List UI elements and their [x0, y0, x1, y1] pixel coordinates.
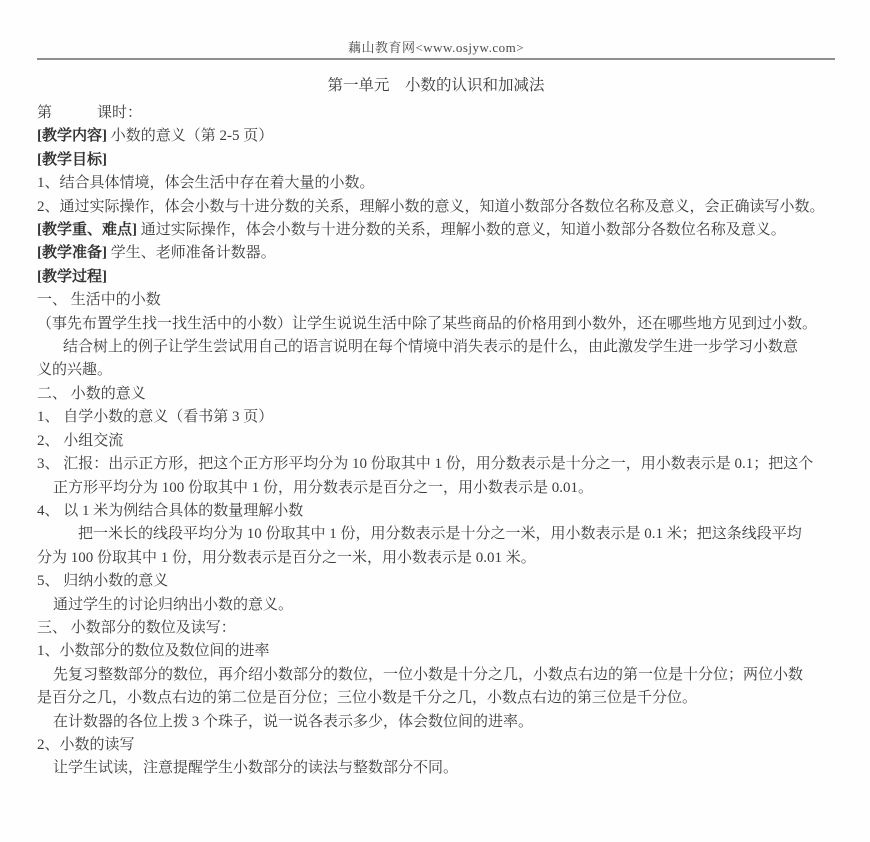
- line-tag: [教学重、难点]: [37, 222, 137, 238]
- header-divider: [37, 58, 835, 60]
- line-text: 学生、老师准备计数器。: [107, 245, 276, 261]
- line-tag: [教学准备]: [37, 245, 107, 261]
- doc-line: 分为 100 份取其中 1 份，用分数表示是百分之一米，用小数表示是 0.01 …: [37, 547, 835, 570]
- line-text: 是百分之几，小数点右边的第二位是百分位；三位小数是千分之几，小数点右边的第三位是…: [37, 690, 697, 706]
- line-text: 4、 以 1 米为例结合具体的数量理解小数: [37, 503, 303, 519]
- doc-line: 义的兴趣。: [37, 359, 835, 382]
- doc-line: 结合树上的例子让学生尝试用自己的语言说明在每个情境中消失表示的是什么，由此激发学…: [37, 336, 835, 359]
- line-text: 通过实际操作，体会小数与十进分数的关系，理解小数的意义，知道小数部分各数位名称及…: [137, 222, 786, 238]
- doc-line: （事先布置学生找一找生活中的小数）让学生说说生活中除了某些商品的价格用到小数外，…: [37, 313, 835, 336]
- line-text: 先复习整数部分的数位，再介绍小数部分的数位，一位小数是十分之几，小数点右边的第一…: [53, 667, 803, 683]
- doc-line-section-3: 三、 小数部分的数位及读写：: [37, 617, 835, 640]
- line-text: 5、 归纳小数的意义: [37, 573, 168, 589]
- doc-line: 3、 汇报：出示正方形，把这个正方形平均分为 10 份取其中 1 份，用分数表示…: [37, 453, 835, 476]
- doc-line-preparation: [教学准备] 学生、老师准备计数器。: [37, 242, 835, 265]
- page-title: 第一单元 小数的认识和加减法: [37, 74, 835, 97]
- doc-line: 4、 以 1 米为例结合具体的数量理解小数: [37, 500, 835, 523]
- doc-line-lesson-number: 第 课时：: [37, 102, 835, 125]
- line-text: 一、 生活中的小数: [37, 292, 161, 308]
- line-tag: [教学目标]: [37, 152, 107, 168]
- line-tag: [教学内容]: [37, 128, 107, 144]
- line-text: 二、 小数的意义: [37, 386, 146, 402]
- doc-line: 2、小数的读写: [37, 734, 835, 757]
- doc-line: 1、小数部分的数位及数位间的进率: [37, 640, 835, 663]
- doc-line-teaching-content: [教学内容] 小数的意义（第 2-5 页）: [37, 125, 835, 148]
- line-text: 2、小数的读写: [37, 737, 135, 753]
- line-text: 2、通过实际操作，体会小数与十进分数的关系，理解小数的意义，知道小数部分各数位名…: [37, 199, 825, 215]
- document-body: 第 课时： [教学内容] 小数的意义（第 2-5 页） [教学目标] 1、结合具…: [37, 102, 835, 781]
- doc-line-section-1: 一、 生活中的小数: [37, 289, 835, 312]
- line-text: 义的兴趣。: [37, 362, 112, 378]
- doc-line: 1、 自学小数的意义（看书第 3 页）: [37, 406, 835, 429]
- line-text: （事先布置学生找一找生活中的小数）让学生说说生活中除了某些商品的价格用到小数外，…: [37, 316, 817, 332]
- doc-line-teaching-goals-heading: [教学目标]: [37, 149, 835, 172]
- doc-line-section-2: 二、 小数的意义: [37, 383, 835, 406]
- line-text: 2、 小组交流: [37, 433, 123, 449]
- doc-line: 让学生试读，注意提醒学生小数部分的读法与整数部分不同。: [37, 757, 835, 780]
- doc-line: 是百分之几，小数点右边的第二位是百分位；三位小数是千分之几，小数点右边的第三位是…: [37, 687, 835, 710]
- doc-line-process-heading: [教学过程]: [37, 266, 835, 289]
- line-text: 三、 小数部分的数位及读写：: [37, 620, 236, 636]
- line-text: 正方形平均分为 100 份取其中 1 份，用分数表示是百分之一，用小数表示是 0…: [53, 480, 593, 496]
- line-text: 小数的意义（第 2-5 页）: [107, 128, 273, 144]
- doc-line: 5、 归纳小数的意义: [37, 570, 835, 593]
- line-text: 把一米长的线段平均分为 10 份取其中 1 份，用分数表示是十分之一米，用小数表…: [78, 526, 802, 542]
- doc-line: 正方形平均分为 100 份取其中 1 份，用分数表示是百分之一，用小数表示是 0…: [37, 477, 835, 500]
- site-header-text: 藕山教育网<www.osjyw.com>: [37, 40, 835, 56]
- line-text: 1、结合具体情境，体会生活中存在着大量的小数。: [37, 175, 375, 191]
- line-tag: [教学过程]: [37, 269, 107, 285]
- doc-line: 2、 小组交流: [37, 430, 835, 453]
- doc-line: 通过学生的讨论归纳出小数的意义。: [37, 594, 835, 617]
- line-text: 3、 汇报：出示正方形，把这个正方形平均分为 10 份取其中 1 份，用分数表示…: [37, 456, 813, 472]
- line-text: 1、小数部分的数位及数位间的进率: [37, 643, 270, 659]
- line-text: 结合树上的例子让学生尝试用自己的语言说明在每个情境中消失表示的是什么，由此激发学…: [63, 339, 798, 355]
- line-text: 在计数器的各位上拨 3 个珠子，说一说各表示多少，体会数位间的进率。: [53, 714, 533, 730]
- line-text: 1、 自学小数的意义（看书第 3 页）: [37, 409, 273, 425]
- doc-line: 2、通过实际操作，体会小数与十进分数的关系，理解小数的意义，知道小数部分各数位名…: [37, 196, 835, 219]
- doc-line: 在计数器的各位上拨 3 个珠子，说一说各表示多少，体会数位间的进率。: [37, 711, 835, 734]
- doc-line: 把一米长的线段平均分为 10 份取其中 1 份，用分数表示是十分之一米，用小数表…: [37, 523, 835, 546]
- line-text: 通过学生的讨论归纳出小数的意义。: [53, 597, 293, 613]
- doc-line: 先复习整数部分的数位，再介绍小数部分的数位，一位小数是十分之几，小数点右边的第一…: [37, 664, 835, 687]
- line-text: 第 课时：: [37, 105, 142, 121]
- doc-line: 1、结合具体情境，体会生活中存在着大量的小数。: [37, 172, 835, 195]
- doc-line-key-points: [教学重、难点] 通过实际操作，体会小数与十进分数的关系，理解小数的意义，知道小…: [37, 219, 835, 242]
- document-page: 藕山教育网<www.osjyw.com> 第一单元 小数的认识和加减法 第 课时…: [0, 0, 870, 842]
- line-text: 让学生试读，注意提醒学生小数部分的读法与整数部分不同。: [53, 760, 458, 776]
- line-text: 分为 100 份取其中 1 份，用分数表示是百分之一米，用小数表示是 0.01 …: [37, 550, 536, 566]
